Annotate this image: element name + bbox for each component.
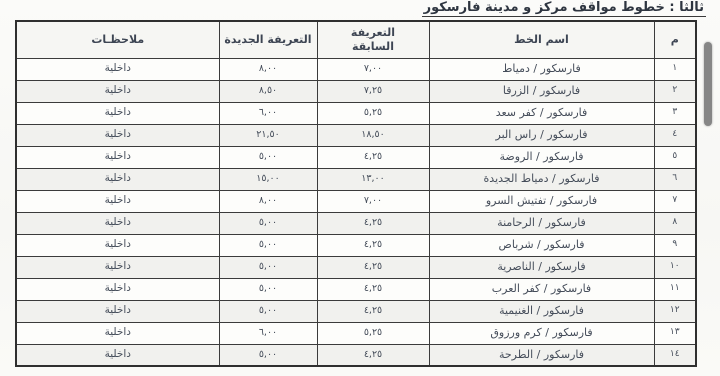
cell-num: ١١	[654, 278, 696, 300]
table-row: ٩فارسكور / شرباص٤,٢٥٥,٠٠داخلية	[16, 234, 696, 256]
table-row: ١٣فارسكور / كرم ورزوق٥,٢٥٦,٠٠داخلية	[16, 322, 696, 344]
cell-num: ٧	[654, 190, 696, 212]
cell-num: ٥	[654, 146, 696, 168]
cell-num: ٦	[654, 168, 696, 190]
table-row: ٤فارسكور / راس البر١٨,٥٠٢١,٥٠داخلية	[16, 124, 696, 146]
scan-edge-artifact	[704, 42, 712, 126]
cell-notes: داخلية	[16, 168, 219, 190]
header-line-name-label: اسم الخط	[514, 33, 569, 46]
cell-line-name: فارسكور / دمياط	[429, 58, 654, 80]
cell-num: ١٢	[654, 300, 696, 322]
cell-line-name: فارسكور / الناصرية	[429, 256, 654, 278]
cell-old-tariff: ٤,٢٥	[317, 146, 429, 168]
cell-line-name: فارسكور / الزرقا	[429, 80, 654, 102]
table-header-row: م اسم الخط التعريفة السابقة التعريفة الج…	[16, 21, 696, 58]
cell-notes: داخلية	[16, 102, 219, 124]
table-row: ١٠فارسكور / الناصرية٤,٢٥٥,٠٠داخلية	[16, 256, 696, 278]
cell-line-name: فارسكور / الطرحة	[429, 344, 654, 366]
header-line-name: اسم الخط	[429, 21, 654, 58]
cell-num: ١٤	[654, 344, 696, 366]
cell-notes: داخلية	[16, 58, 219, 80]
cell-old-tariff: ٧,٢٥	[317, 80, 429, 102]
cell-new-tariff: ٨,٥٠	[219, 80, 317, 102]
cell-old-tariff: ٥,٢٥	[317, 322, 429, 344]
cell-new-tariff: ٥,٠٠	[219, 256, 317, 278]
table-row: ٥فارسكور / الروضة٤,٢٥٥,٠٠داخلية	[16, 146, 696, 168]
cell-old-tariff: ١٨,٥٠	[317, 124, 429, 146]
cell-notes: داخلية	[16, 190, 219, 212]
cell-line-name: فارسكور / الرحامنة	[429, 212, 654, 234]
cell-line-name: فارسكور / تفتيش السرو	[429, 190, 654, 212]
cell-new-tariff: ٥,٠٠	[219, 146, 317, 168]
header-old-tariff: التعريفة السابقة	[317, 21, 429, 58]
table-row: ١١فارسكور / كفر العرب٤,٢٥٥,٠٠داخلية	[16, 278, 696, 300]
cell-line-name: فارسكور / الغنيمية	[429, 300, 654, 322]
table-row: ١٤فارسكور / الطرحة٤,٢٥٥,٠٠داخلية	[16, 344, 696, 366]
table-row: ٨فارسكور / الرحامنة٤,٢٥٥,٠٠داخلية	[16, 212, 696, 234]
cell-new-tariff: ٥,٠٠	[219, 344, 317, 366]
cell-line-name: فارسكور / الروضة	[429, 146, 654, 168]
scanned-document-page: ثالثا : خطوط مواقف مركز و مدينة فارسكور …	[0, 0, 720, 376]
cell-notes: داخلية	[16, 344, 219, 366]
cell-new-tariff: ١٥,٠٠	[219, 168, 317, 190]
cell-notes: داخلية	[16, 234, 219, 256]
cell-line-name: فارسكور / كفر سعد	[429, 102, 654, 124]
table-row: ١٢فارسكور / الغنيمية٤,٢٥٥,٠٠داخلية	[16, 300, 696, 322]
cell-num: ٣	[654, 102, 696, 124]
cell-old-tariff: ٧,٠٠	[317, 190, 429, 212]
header-new-tariff: التعريفة الجديدة	[219, 21, 317, 58]
table-row: ٧فارسكور / تفتيش السرو٧,٠٠٨,٠٠داخلية	[16, 190, 696, 212]
table-body: ١فارسكور / دمياط٧,٠٠٨,٠٠داخلية٢فارسكور /…	[16, 58, 696, 366]
cell-notes: داخلية	[16, 212, 219, 234]
cell-old-tariff: ٤,٢٥	[317, 300, 429, 322]
cell-new-tariff: ٨,٠٠	[219, 58, 317, 80]
cell-line-name: فارسكور / شرباص	[429, 234, 654, 256]
cell-notes: داخلية	[16, 278, 219, 300]
cell-old-tariff: ٤,٢٥	[317, 344, 429, 366]
cell-num: ١٣	[654, 322, 696, 344]
cell-old-tariff: ٤,٢٥	[317, 234, 429, 256]
table-row: ١فارسكور / دمياط٧,٠٠٨,٠٠داخلية	[16, 58, 696, 80]
cell-new-tariff: ٥,٠٠	[219, 278, 317, 300]
table-row: ٣فارسكور / كفر سعد٥,٢٥٦,٠٠داخلية	[16, 102, 696, 124]
header-num-label: م	[671, 33, 679, 46]
cell-num: ٤	[654, 124, 696, 146]
cell-notes: داخلية	[16, 124, 219, 146]
cell-new-tariff: ٢١,٥٠	[219, 124, 317, 146]
cell-num: ١	[654, 58, 696, 80]
cell-old-tariff: ٤,٢٥	[317, 278, 429, 300]
header-notes: ملاحظـات	[16, 21, 219, 58]
cell-new-tariff: ٥,٠٠	[219, 212, 317, 234]
table-row: ٢فارسكور / الزرقا٧,٢٥٨,٥٠داخلية	[16, 80, 696, 102]
header-new-tariff-label: التعريفة الجديدة	[224, 33, 311, 46]
cell-num: ٨	[654, 212, 696, 234]
cell-old-tariff: ٤,٢٥	[317, 256, 429, 278]
header-num: م	[654, 21, 696, 58]
cell-new-tariff: ٨,٠٠	[219, 190, 317, 212]
cell-notes: داخلية	[16, 80, 219, 102]
cell-line-name: فارسكور / دمياط الجديدة	[429, 168, 654, 190]
header-notes-label: ملاحظـات	[91, 33, 144, 46]
cell-old-tariff: ١٣,٠٠	[317, 168, 429, 190]
cell-old-tariff: ٧,٠٠	[317, 58, 429, 80]
cell-notes: داخلية	[16, 146, 219, 168]
cell-new-tariff: ٦,٠٠	[219, 102, 317, 124]
cell-num: ١٠	[654, 256, 696, 278]
cell-notes: داخلية	[16, 256, 219, 278]
cell-new-tariff: ٥,٠٠	[219, 300, 317, 322]
cell-new-tariff: ٥,٠٠	[219, 234, 317, 256]
cell-line-name: فارسكور / كرم ورزوق	[429, 322, 654, 344]
table-row: ٦فارسكور / دمياط الجديدة١٣,٠٠١٥,٠٠داخلية	[16, 168, 696, 190]
header-old-tariff-label: التعريفة السابقة	[344, 26, 402, 54]
cell-num: ٩	[654, 234, 696, 256]
cell-notes: داخلية	[16, 322, 219, 344]
cell-num: ٢	[654, 80, 696, 102]
cell-line-name: فارسكور / كفر العرب	[429, 278, 654, 300]
tariff-table: م اسم الخط التعريفة السابقة التعريفة الج…	[15, 20, 697, 367]
cell-new-tariff: ٦,٠٠	[219, 322, 317, 344]
page-title: ثالثا : خطوط مواقف مركز و مدينة فارسكور	[422, 0, 706, 17]
cell-line-name: فارسكور / راس البر	[429, 124, 654, 146]
cell-notes: داخلية	[16, 300, 219, 322]
cell-old-tariff: ٥,٢٥	[317, 102, 429, 124]
cell-old-tariff: ٤,٢٥	[317, 212, 429, 234]
